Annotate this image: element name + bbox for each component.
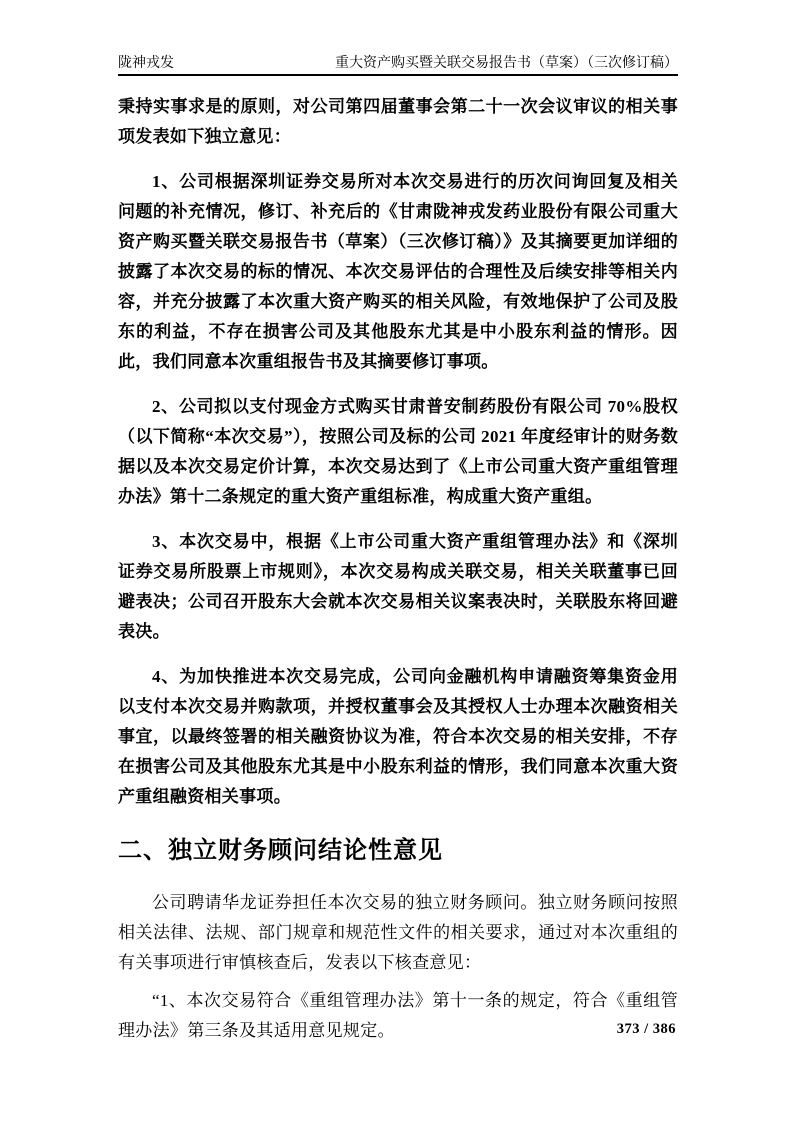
page-body: 秉持实事求是的原则，对公司第四届董事会第二十一次会议审议的相关事项发表如下独立意… — [118, 92, 678, 1046]
advisor-intro-paragraph: 公司聘请华龙证券担任本次交易的独立财务顾问。独立财务顾问按照相关法律、法规、部门… — [118, 888, 678, 978]
opinion-paragraph-1: 1、公司根据深圳证券交易所对本次交易进行的历次问询回复及相关问题的补充情况，修订… — [118, 167, 678, 377]
advisor-opinion-paragraph: “1、本次交易符合《重组管理办法》第十一条的规定，符合《重组管理办法》第三条及其… — [118, 986, 678, 1046]
page-number: 373 / 386 — [617, 1021, 676, 1038]
opinion-paragraph-4: 4、为加快推进本次交易完成，公司向金融机构申请融资筹集资金用以支付本次交易并购款… — [118, 662, 678, 812]
lead-paragraph: 秉持实事求是的原则，对公司第四届董事会第二十一次会议审议的相关事项发表如下独立意… — [118, 92, 678, 152]
header-company-name: 陇神戎发 — [118, 56, 174, 72]
content-area: 陇神戎发 重大资产购买暨关联交易报告书（草案）（三次修订稿） 秉持实事求是的原则… — [0, 56, 793, 1046]
opinion-paragraph-2: 2、公司拟以支付现金方式购买甘肃普安制药股份有限公司 70%股权（以下简称“本次… — [118, 392, 678, 512]
document-page: 陇神戎发 重大资产购买暨关联交易报告书（草案）（三次修订稿） 秉持实事求是的原则… — [0, 0, 793, 1122]
section-heading: 二、独立财务顾问结论性意见 — [118, 834, 678, 868]
header-doc-title: 重大资产购买暨关联交易报告书（草案）（三次修订稿） — [335, 56, 678, 72]
opinion-paragraph-3: 3、本次交易中，根据《上市公司重大资产重组管理办法》和《深圳证券交易所股票上市规… — [118, 527, 678, 647]
doc-header: 陇神戎发 重大资产购买暨关联交易报告书（草案）（三次修订稿） — [118, 56, 678, 76]
